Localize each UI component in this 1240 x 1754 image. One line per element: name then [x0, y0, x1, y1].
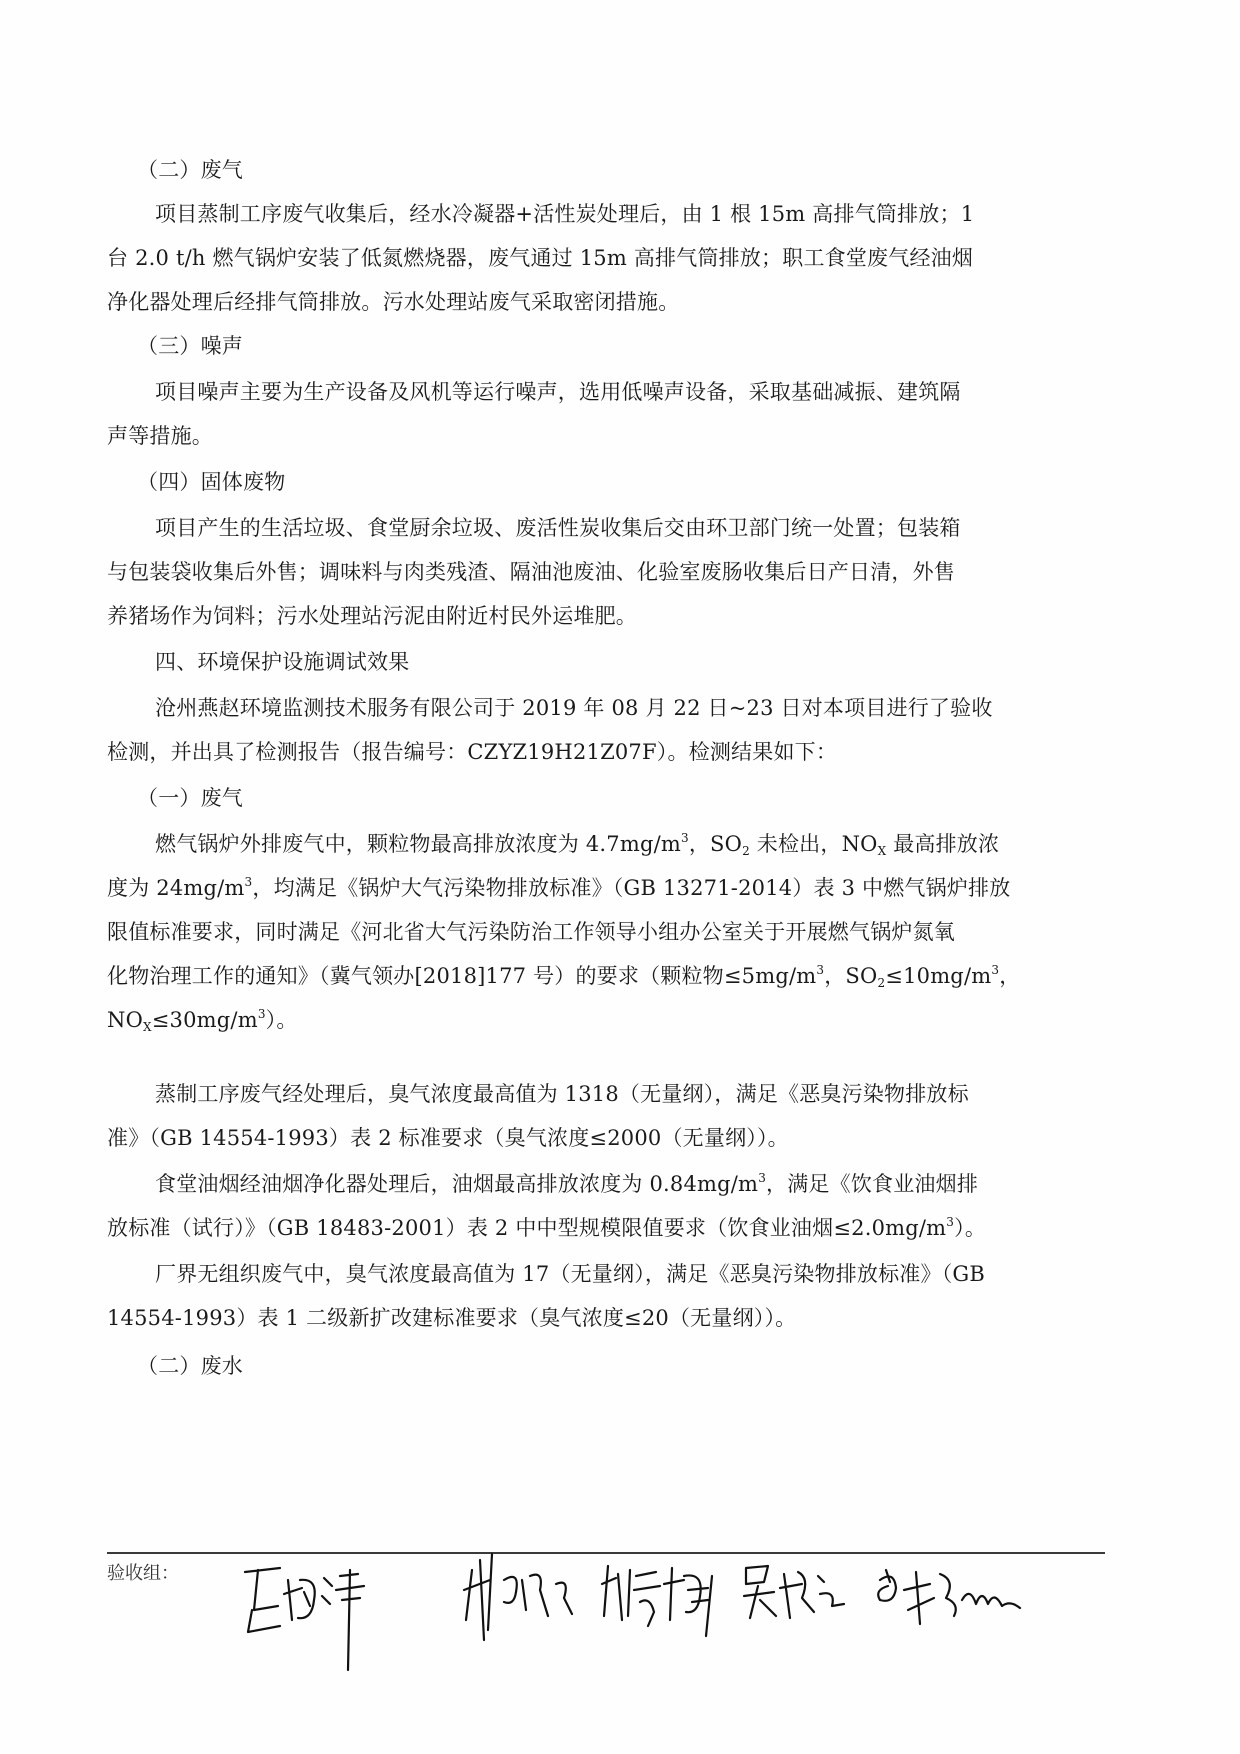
paragraph-line-fume-2: 放标准（试行）》（GB 18483-2001）表 2 中中型规模限值要求（饮食业… [107, 1214, 986, 1242]
superscript: 3 [991, 963, 999, 977]
superscript: 3 [758, 1171, 766, 1185]
subscript: X [143, 1020, 152, 1034]
paragraph-line-boiler-1: 燃气锅炉外排废气中，颗粒物最高排放浓度为 4.7mg/m3，SO2 未检出，NO… [155, 830, 999, 858]
text: 食堂油烟经油烟净化器处理后，油烟最高排放浓度为 0.84mg/m [155, 1172, 758, 1196]
superscript: 3 [258, 1007, 266, 1021]
acceptance-group-label: 验收组： [107, 1562, 179, 1586]
paragraph-line-fume-1: 食堂油烟经油烟净化器处理后，油烟最高排放浓度为 0.84mg/m3，满足《饮食业… [155, 1170, 978, 1198]
paragraph-line-boiler-2: 度为 24mg/m3，均满足《锅炉大气污染物排放标准》（GB 13271-201… [107, 874, 1010, 902]
heading-section-4: 四、环境保护设施调试效果 [155, 648, 409, 676]
paragraph-line: 蒸制工序废气经处理后，臭气浓度最高值为 1318（无量纲），满足《恶臭污染物排放… [155, 1080, 969, 1108]
heading-wastewater: （二）废水 [137, 1352, 243, 1380]
paragraph-line-boiler-3: 限值标准要求，同时满足《河北省大气污染防治工作领导小组办公室关于开展燃气锅炉氮氧 [107, 918, 955, 946]
text: 燃气锅炉外排废气中，颗粒物最高排放浓度为 4.7mg/m [155, 832, 681, 856]
text: ，均满足《锅炉大气污染物排放标准》（GB 13271-2014）表 3 中燃气锅… [252, 876, 1010, 900]
subscript: 2 [742, 844, 750, 858]
text: ）。 [266, 1008, 298, 1032]
superscript: 3 [946, 1215, 954, 1229]
signature-3 [600, 1556, 730, 1650]
paragraph-line: 项目噪声主要为生产设备及风机等运行噪声，选用低噪声设备，采取基础减振、建筑隔 [155, 378, 961, 406]
paragraph-line: 项目蒸制工序废气收集后，经水冷凝器+活性炭处理后，由 1 根 15m 高排气筒排… [155, 200, 974, 228]
text: ≤30mg/m [152, 1008, 258, 1032]
paragraph-line: 14554-1993）表 1 二级新扩改建标准要求（臭气浓度≤20（无量纲））。 [107, 1304, 796, 1332]
heading-solid-waste: （四）固体废物 [137, 468, 285, 496]
text: NO [107, 1008, 143, 1032]
paragraph-line: 检测，并出具了检测报告（报告编号：CZYZ19H21Z07F）。检测结果如下： [107, 738, 837, 766]
paragraph-line: 沧州燕赵环境监测技术服务有限公司于 2019 年 08 月 22 日~23 日对… [155, 694, 993, 722]
text: 放标准（试行）》（GB 18483-2001）表 2 中中型规模限值要求（饮食业… [107, 1216, 946, 1240]
signature-1 [240, 1560, 380, 1674]
footer-divider [107, 1552, 1105, 1554]
signature-5 [870, 1560, 1070, 1644]
text: ）。 [954, 1216, 986, 1240]
paragraph-line: 净化器处理后经排气筒排放。污水处理站废气采取密闭措施。 [107, 288, 679, 316]
paragraph-line-boiler-5: NOX≤30mg/m3）。 [107, 1006, 298, 1034]
paragraph-line: 台 2.0 t/h 燃气锅炉安装了低氮燃烧器，废气通过 15m 高排气筒排放；职… [107, 244, 973, 272]
paragraph-line: 项目产生的生活垃圾、食堂厨余垃圾、废活性炭收集后交由环卫部门统一处置；包装箱 [155, 514, 961, 542]
text: 度为 24mg/m [107, 876, 245, 900]
paragraph-line: 厂界无组织废气中，臭气浓度最高值为 17（无量纲），满足《恶臭污染物排放标准》（… [155, 1260, 985, 1288]
signature-4 [740, 1556, 850, 1640]
heading-noise: （三）噪声 [137, 332, 243, 360]
paragraph-line: 准》（GB 14554-1993）表 2 标准要求（臭气浓度≤2000（无量纲）… [107, 1124, 789, 1152]
text: 最高排放浓 [886, 832, 999, 856]
text: ，满足《饮食业油烟排 [766, 1172, 978, 1196]
text: ≤10mg/m [885, 964, 991, 988]
document-page: （二）废气 项目蒸制工序废气收集后，经水冷凝器+活性炭处理后，由 1 根 15m… [0, 0, 1240, 1754]
text: 未检出，NO [750, 832, 878, 856]
signature-2 [460, 1540, 590, 1654]
text: ，SO [824, 964, 877, 988]
paragraph-line-boiler-4: 化物治理工作的通知》（冀气领办[2018]177 号）的要求（颗粒物≤5mg/m… [107, 962, 1020, 990]
heading-result-gas: （一）废气 [137, 784, 243, 812]
text: ， [999, 964, 1020, 988]
text: 化物治理工作的通知》（冀气领办[2018]177 号）的要求（颗粒物≤5mg/m [107, 964, 816, 988]
paragraph-line: 养猪场作为饲料；污水处理站污泥由附近村民外运堆肥。 [107, 602, 637, 630]
heading-waste-gas: （二）废气 [137, 156, 243, 184]
paragraph-line: 声等措施。 [107, 422, 213, 450]
paragraph-line: 与包装袋收集后外售；调味料与肉类残渣、隔油池废油、化验室废肠收集后日产日清，外售 [107, 558, 955, 586]
superscript: 3 [681, 831, 689, 845]
text: ，SO [689, 832, 742, 856]
